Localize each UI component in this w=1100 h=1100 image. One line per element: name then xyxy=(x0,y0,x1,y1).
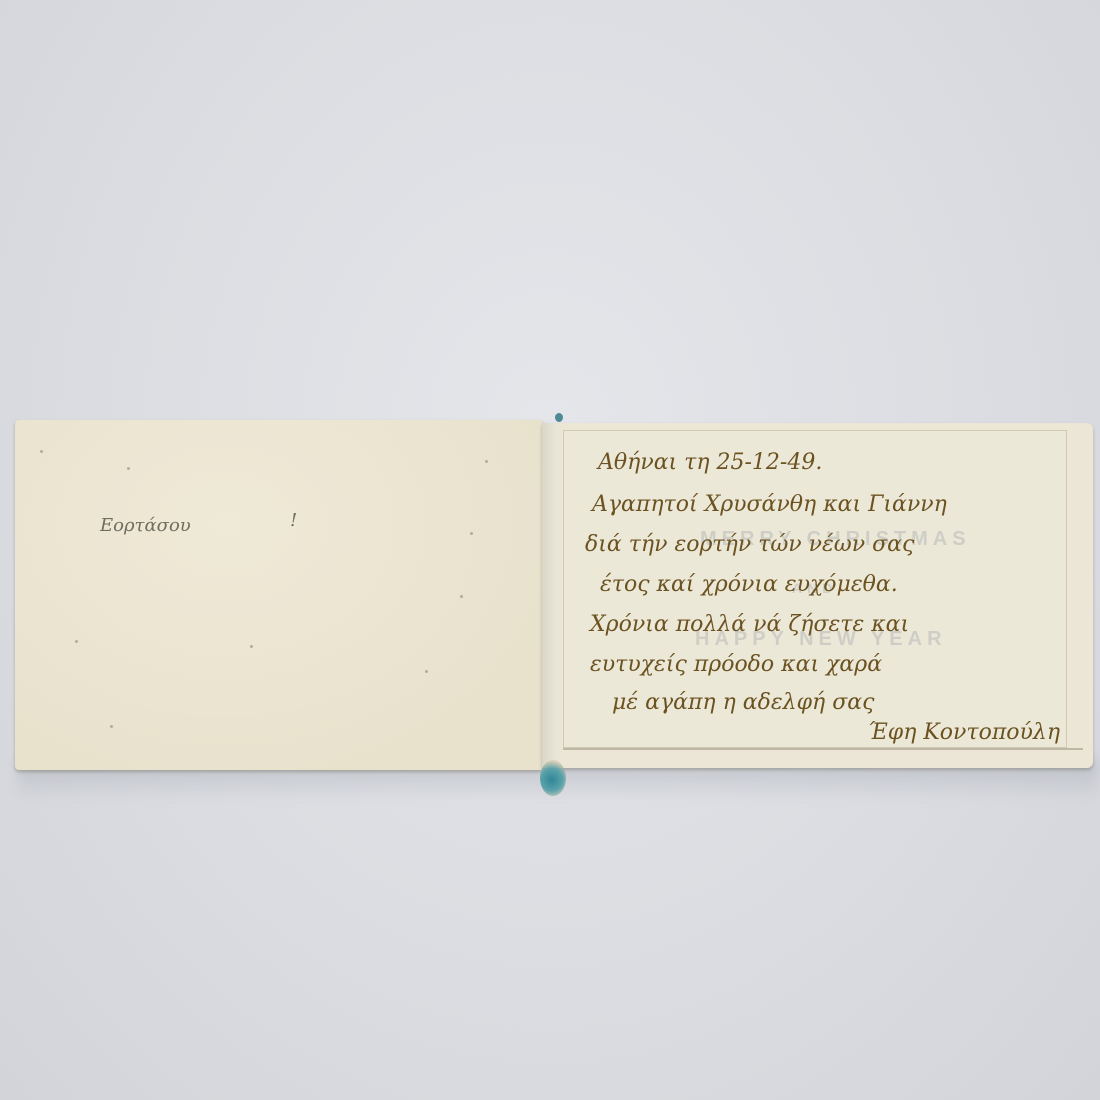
card-left-page: Εορτάσου ! xyxy=(15,420,542,770)
paper-speck xyxy=(470,532,473,535)
paper-speck xyxy=(460,595,463,598)
paper-speck xyxy=(40,450,43,453)
handwriting-line-4: έτος καί χρόνια ευχόμεθα. xyxy=(600,572,898,597)
paper-speck xyxy=(75,640,78,643)
handwriting-line-1: Αθήναι τη 25-12-49. xyxy=(598,450,822,475)
binding-thread-top xyxy=(555,413,563,422)
left-page-mark: ! xyxy=(290,510,297,531)
handwriting-line-2: Αγαπητοί Χρυσάνθη και Γιάννη xyxy=(592,492,947,517)
handwriting-line-7: μέ αγάπη η αδελφή σας xyxy=(612,690,874,715)
left-page-handwriting: Εορτάσου xyxy=(100,515,191,536)
signature: Έφη Κοντοπούλη xyxy=(868,720,1060,745)
paper-speck xyxy=(250,645,253,648)
inset-bottom-edge xyxy=(563,748,1083,750)
handwriting-line-3: διά τήν εορτήν τών νέων σας xyxy=(585,532,914,557)
paper-speck xyxy=(425,670,428,673)
handwriting-line-5: Χρόνια πολλά νά ζήσετε και xyxy=(590,612,909,637)
binding-thread-tassel xyxy=(540,760,566,796)
card-spine-fold xyxy=(542,423,562,768)
paper-speck xyxy=(110,725,113,728)
paper-speck xyxy=(485,460,488,463)
paper-speck xyxy=(127,467,130,470)
handwriting-line-6: ευτυχείς πρόοδο και χαρά xyxy=(590,652,882,677)
